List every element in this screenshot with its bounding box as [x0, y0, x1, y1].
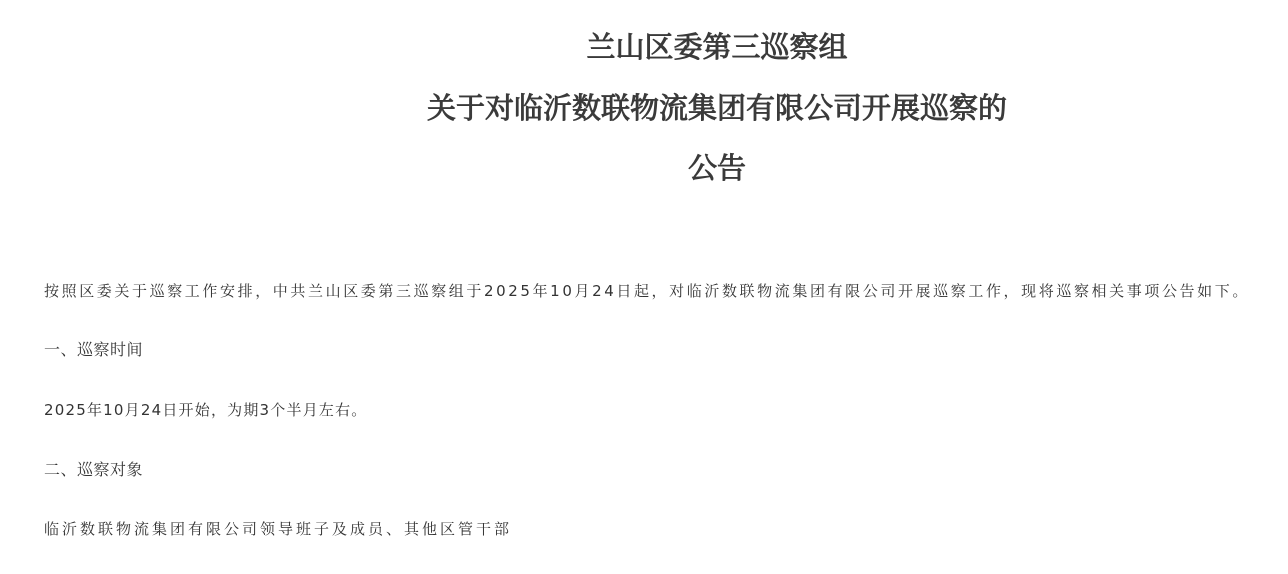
title-line-subject: 关于对临沂数联物流集团有限公司开展巡察的 — [0, 88, 1288, 128]
section-content-target: 临沂数联物流集团有限公司领导班子及成员、其他区管干部 — [44, 517, 512, 541]
section-content-time: 2025年10月24日开始，为期3个半月左右。 — [44, 398, 368, 422]
section-heading-time: 一、巡察时间 — [44, 338, 143, 362]
title-line-issuer: 兰山区委第三巡察组 — [0, 27, 1288, 67]
title-line-type: 公告 — [0, 148, 1288, 188]
intro-paragraph: 按照区委关于巡察工作安排，中共兰山区委第三巡察组于2025年10月24日起，对临… — [44, 279, 1250, 303]
section-heading-target: 二、巡察对象 — [44, 458, 143, 482]
